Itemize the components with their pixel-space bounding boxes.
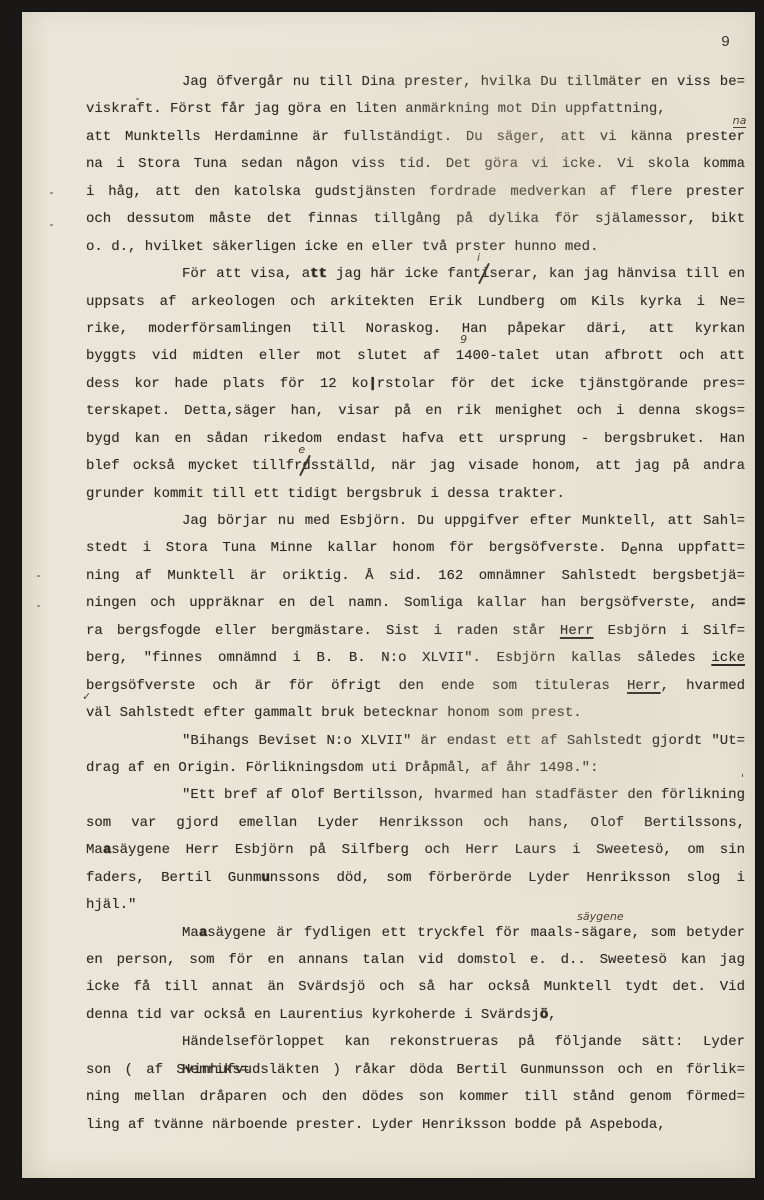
text-line: ra bergsfogde eller bergmästare. Sist i … (86, 618, 745, 645)
text-segment: 49 (464, 348, 472, 364)
text-line: bygd kan en sådan rikedom endast hafva e… (86, 426, 745, 453)
text-line: drag af en Origin. Förlikningsdom uti Dr… (86, 755, 745, 782)
text-segment: vä✓ (86, 705, 103, 721)
text-line: icke få till annat än Svärdsjö och så ha… (86, 974, 745, 1001)
text-line: terskapet. Detta,säger han, visar på en … (86, 398, 745, 425)
overtyped-text: a (199, 925, 207, 941)
handwritten-annotation: e (298, 444, 305, 455)
text-line: ningen och uppräknar en del namn. Somlig… (86, 590, 745, 617)
text-line: en person, som för en annans talan vid d… (86, 947, 745, 974)
text-line: vä✓l Sahlstedt efter gammalt bruk beteck… (86, 700, 745, 727)
text-line: hjäl." (86, 892, 745, 919)
text-line: ning mellan dråparen och den dödes son k… (86, 1084, 745, 1111)
text-line: i håg, att den katolska gudstjänsten for… (86, 179, 745, 206)
overtyped-text: ö (540, 1007, 548, 1023)
scanned-letter-screenshot: { "document": { "page_number": "9", "col… (0, 0, 764, 1200)
text-line: Maasäygene Herr Esbjörn på Silfberg och … (86, 837, 745, 864)
handwritten-annotation: ' (741, 773, 744, 784)
paper-speck (50, 224, 53, 226)
text-line: denna tid var också en Laurentius kyrkoh… (86, 1002, 745, 1029)
text-line: rike, moderförsamlingen till Noraskog. H… (86, 316, 745, 343)
document-page: 9 Jag öfvergår nu till Dina prester, hvi… (22, 12, 755, 1178)
overtyped-text: = (737, 595, 745, 611)
handwritten-annotation: säygene (577, 911, 623, 922)
text-line: "Bihangs Beviset N:o XLVII" är endast et… (86, 728, 745, 755)
text-line: byggts vid midten eller mot slutet af 14… (86, 343, 745, 370)
text-line: Händelseförloppet kan rekonstrueras på f… (86, 1029, 745, 1056)
handwritten-annotation: ✓ (82, 691, 91, 702)
underlined-text: Herr (560, 623, 594, 639)
text-line: son ( af Svinhufvudsläkten ) råkar döda … (86, 1057, 745, 1084)
text-line: faders, Bertil Gunmunssons död, som förb… (86, 865, 745, 892)
text-line: som var gjord emellan Lyder Henriksson o… (86, 810, 745, 837)
paper-speck (37, 605, 40, 607)
text-line: stedt i Stora Tuna Minne kallar honom fö… (86, 535, 745, 562)
overtyped-text: | (368, 376, 376, 392)
text-line: ning af Munktell är oriktig. Å sid. 162 … (86, 563, 745, 590)
text-line: grunder kommit till ett tidigt bergsbruk… (86, 481, 745, 508)
text-segment: sägaresäygene (581, 925, 631, 941)
text-line: berg, "finnes omnämnd i B. B. N:o XLVII"… (86, 645, 745, 672)
text-line: att Munktells Herdaminne är fullständigt… (86, 124, 745, 151)
text-line: För att visa, att jag här icke fantiiser… (86, 261, 745, 288)
text-line: och dessutom måste det finnas tillgång p… (86, 206, 745, 233)
text-line: blef också mycket tillfrdesställd, när j… (86, 453, 745, 480)
text-line: "Ett bref af Olof Bertilsson, hvarmed ha… (86, 782, 745, 809)
handwritten-annotation: 9 (460, 334, 467, 345)
text-segment: de (302, 458, 310, 474)
handwritten-annotation: i (477, 252, 480, 263)
text-line: ling af tvänne närboende prester. Lyder … (86, 1112, 745, 1139)
text-block: Jag öfvergår nu till Dina prester, hvilk… (86, 69, 745, 1139)
text-segment: rna (737, 129, 745, 145)
text-line: Jag börjar nu med Esbjörn. Du uppgifver … (86, 508, 745, 535)
text-line: o. d., hvilket säkerligen icke en eller … (86, 234, 745, 261)
overtyped-text: a (103, 842, 111, 858)
paper-speck (37, 575, 40, 577)
text-line: dess kor hade plats för 12 ko|rstolar fö… (86, 371, 745, 398)
text-line: viskraft. Först får jag göra en liten an… (86, 96, 745, 123)
underlined-text: icke (711, 650, 745, 666)
text-segment: e (630, 543, 638, 559)
page-number: 9 (721, 34, 730, 51)
text-line: na i Stora Tuna sedan någon viss tid. De… (86, 151, 745, 178)
overtyped-text: tt (310, 266, 327, 282)
text-line: uppsats af arkeologen och arkitekten Eri… (86, 289, 745, 316)
handwritten-annotation: na (733, 115, 747, 128)
text-line: Jag öfvergår nu till Dina prester, hvilk… (86, 69, 745, 96)
paper-speck (50, 192, 53, 194)
underlined-text: Herr (627, 678, 661, 694)
text-segment: ii (481, 266, 489, 282)
paper-speck (136, 98, 139, 100)
text-line: Maasäygene är fydligen ett tryckfel för … (86, 920, 745, 947)
overtyped-text: u (261, 870, 269, 886)
text-line: bergsöfverste och är för öfrigt den ende… (86, 673, 745, 700)
